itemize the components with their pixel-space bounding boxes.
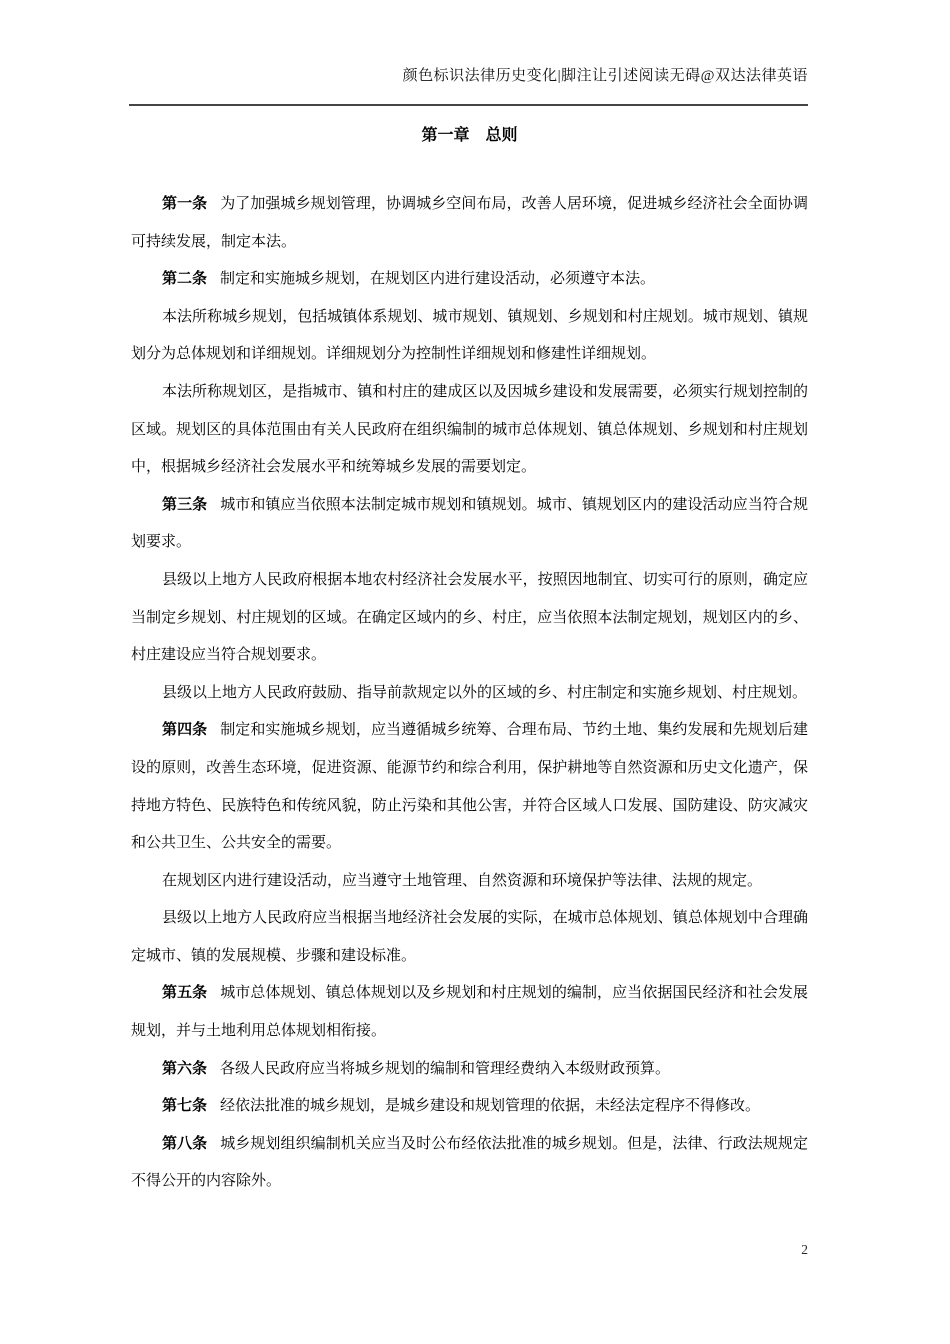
page-number: 2: [131, 1242, 808, 1258]
article-number: 第四条: [162, 722, 207, 738]
article-number: 第一条: [162, 196, 207, 212]
law-paragraph: 第六条各级人民政府应当将城乡规划的编制和管理经费纳入本级财政预算。: [131, 1051, 808, 1089]
article-text: 本法所称规划区，是指城市、镇和村庄的建成区以及因城乡建设和发展需要，必须实行规划…: [131, 384, 808, 475]
article-text: 本法所称城乡规划，包括城镇体系规划、城市规划、镇规划、乡规划和村庄规划。城市规划…: [131, 309, 808, 363]
article-text: 县级以上地方人民政府应当根据当地经济社会发展的实际，在城市总体规划、镇总体规划中…: [131, 910, 808, 964]
law-paragraph: 第二条制定和实施城乡规划，在规划区内进行建设活动，必须遵守本法。: [131, 261, 808, 299]
article-text: 各级人民政府应当将城乡规划的编制和管理经费纳入本级财政预算。: [220, 1061, 670, 1077]
law-paragraph: 县级以上地方人民政府鼓励、指导前款规定以外的区域的乡、村庄制定和实施乡规划、村庄…: [131, 675, 808, 713]
law-paragraph: 在规划区内进行建设活动，应当遵守土地管理、自然资源和环境保护等法律、法规的规定。: [131, 863, 808, 901]
article-text: 经依法批准的城乡规划，是城乡建设和规划管理的依据，未经法定程序不得修改。: [220, 1098, 760, 1114]
law-paragraph: 第四条制定和实施城乡规划，应当遵循城乡统筹、合理布局、节约土地、集约发展和先规划…: [131, 712, 808, 862]
law-paragraph: 县级以上地方人民政府应当根据当地经济社会发展的实际，在城市总体规划、镇总体规划中…: [131, 900, 808, 975]
article-text: 城市总体规划、镇总体规划以及乡规划和村庄规划的编制，应当依据国民经济和社会发展规…: [131, 985, 808, 1039]
law-paragraph: 第三条城市和镇应当依照本法制定城市规划和镇规划。城市、镇规划区内的建设活动应当符…: [131, 487, 808, 562]
document-page: 颜色标识法律历史变化|脚注让引述阅读无碍@双达法律英语 第一章 总则 第一条为了…: [0, 0, 950, 1344]
article-number: 第二条: [162, 271, 207, 287]
article-number: 第三条: [162, 497, 207, 513]
page-header-text: 颜色标识法律历史变化|脚注让引述阅读无碍@双达法律英语: [131, 64, 808, 85]
law-paragraph: 本法所称城乡规划，包括城镇体系规划、城市规划、镇规划、乡规划和村庄规划。城市规划…: [131, 299, 808, 374]
article-number: 第七条: [162, 1098, 207, 1114]
chapter-title: 第一章 总则: [131, 122, 808, 145]
article-text: 县级以上地方人民政府根据本地农村经济社会发展水平，按照因地制宜、切实可行的原则，…: [131, 572, 808, 663]
article-text: 制定和实施城乡规划，应当遵循城乡统筹、合理布局、节约土地、集约发展和先规划后建设…: [131, 722, 808, 851]
law-paragraph: 第五条城市总体规划、镇总体规划以及乡规划和村庄规划的编制，应当依据国民经济和社会…: [131, 975, 808, 1050]
article-number: 第八条: [162, 1136, 207, 1152]
article-text: 城市和镇应当依照本法制定城市规划和镇规划。城市、镇规划区内的建设活动应当符合规划…: [131, 497, 808, 551]
article-text: 城乡规划组织编制机关应当及时公布经依法批准的城乡规划。但是，法律、行政法规规定不…: [131, 1136, 808, 1190]
article-number: 第五条: [162, 985, 207, 1001]
article-text: 为了加强城乡规划管理，协调城乡空间布局，改善人居环境，促进城乡经济社会全面协调可…: [131, 196, 808, 250]
law-paragraph: 第七条经依法批准的城乡规划，是城乡建设和规划管理的依据，未经法定程序不得修改。: [131, 1088, 808, 1126]
article-text: 县级以上地方人民政府鼓励、指导前款规定以外的区域的乡、村庄制定和实施乡规划、村庄…: [162, 685, 807, 701]
article-text: 制定和实施城乡规划，在规划区内进行建设活动，必须遵守本法。: [220, 271, 655, 287]
law-paragraph: 第八条城乡规划组织编制机关应当及时公布经依法批准的城乡规划。但是，法律、行政法规…: [131, 1126, 808, 1201]
law-paragraph: 第一条为了加强城乡规划管理，协调城乡空间布局，改善人居环境，促进城乡经济社会全面…: [131, 186, 808, 261]
document-body: 第一条为了加强城乡规划管理，协调城乡空间布局，改善人居环境，促进城乡经济社会全面…: [131, 186, 808, 1201]
article-text: 在规划区内进行建设活动，应当遵守土地管理、自然资源和环境保护等法律、法规的规定。: [162, 873, 762, 889]
article-number: 第六条: [162, 1061, 207, 1077]
header-divider-line: [129, 104, 808, 106]
law-paragraph: 本法所称规划区，是指城市、镇和村庄的建成区以及因城乡建设和发展需要，必须实行规划…: [131, 374, 808, 487]
law-paragraph: 县级以上地方人民政府根据本地农村经济社会发展水平，按照因地制宜、切实可行的原则，…: [131, 562, 808, 675]
